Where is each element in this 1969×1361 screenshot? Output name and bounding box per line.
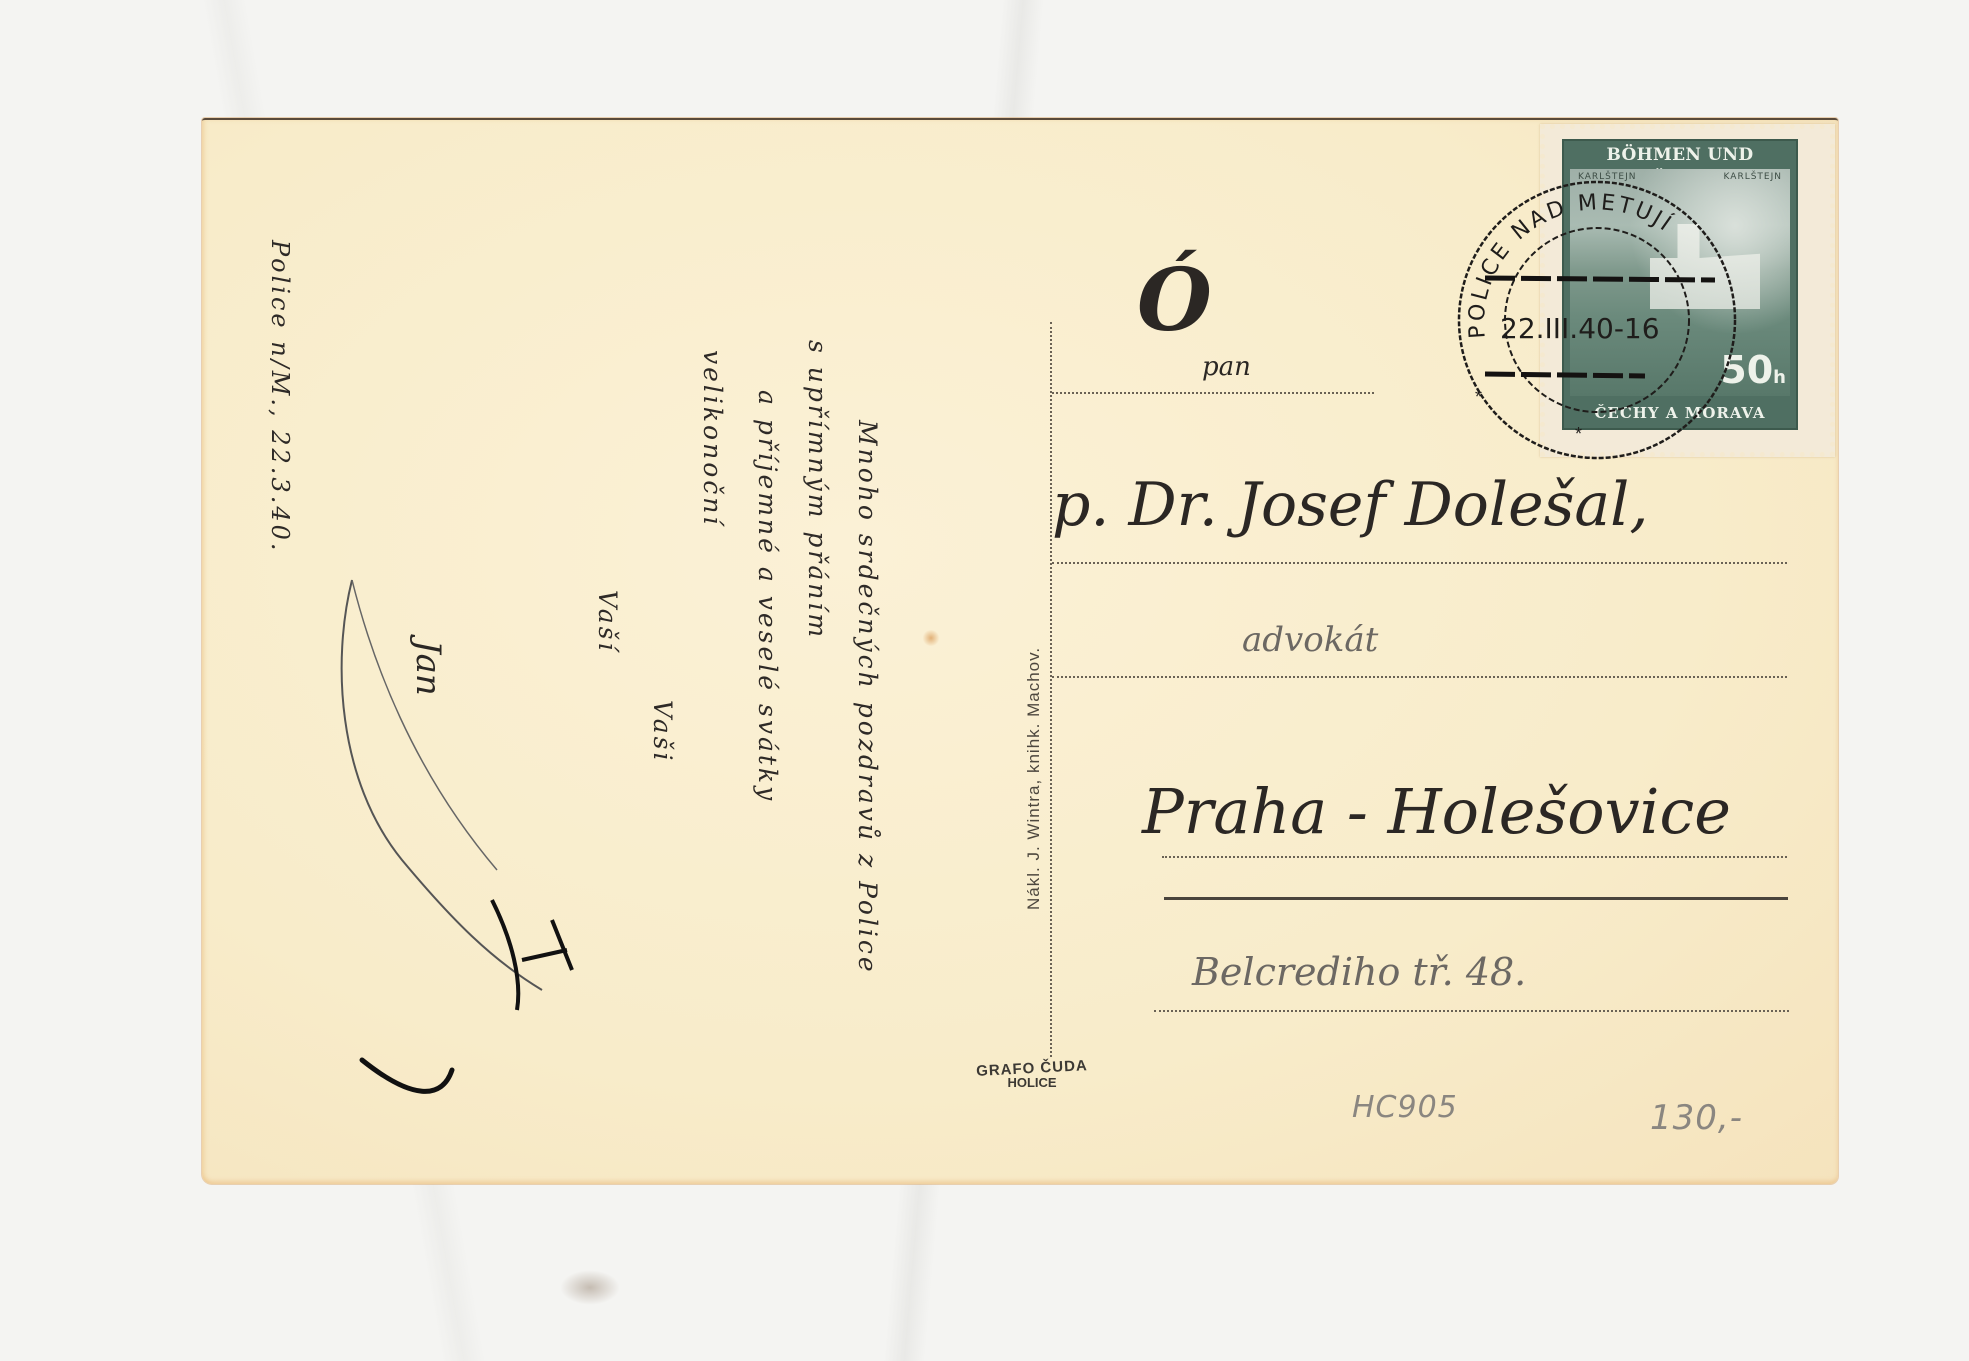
- address-name: p. Dr. Josef Dolešal,: [1052, 470, 1648, 540]
- message-line-4: velikonoční: [698, 350, 727, 527]
- address-rule-4: [1162, 856, 1787, 858]
- address-rule-1: [1052, 392, 1374, 394]
- pencil-price: 130,-: [1650, 1098, 1743, 1138]
- message-line-5: Vaši: [648, 700, 677, 764]
- address-rule-2: [1052, 562, 1787, 564]
- address-street: Belcrediho tř. 48.: [1192, 950, 1526, 994]
- message-date-line: Police n/M., 22.3.40.: [266, 240, 294, 554]
- pencil-catalog-code: HC905: [1352, 1090, 1458, 1125]
- message-line-3: a příjemné a veselé svátky: [753, 390, 782, 803]
- address-rule-5: [1154, 1010, 1789, 1012]
- address-title: advokát: [1242, 620, 1378, 660]
- stamp-value-unit: h: [1773, 367, 1786, 388]
- message-line-1: Mnoho srdečných pozdravů z Police: [853, 420, 882, 975]
- center-divider: [1050, 322, 1052, 1057]
- printer-mark: GRAFO ČUDA HOLICE: [967, 1062, 1097, 1090]
- address-rule-3: [1052, 676, 1787, 678]
- stamp-country-top: BÖHMEN UND MÄHREN: [1564, 143, 1796, 167]
- address-salutation: Ó: [1137, 250, 1212, 351]
- postmark-date: 22.III.40-16: [1500, 312, 1660, 345]
- address-rule-emphasis: [1164, 897, 1788, 900]
- message-line-2: s upřímným přáním: [803, 340, 832, 640]
- signature-flourish: [322, 540, 652, 1140]
- address-salutation-suffix: pan: [1202, 352, 1251, 382]
- postmark-cancellation: POLICE NAD METUJÍ 22.III.40-16 * *: [1455, 178, 1739, 462]
- publisher-line: Nákl. J. Wintra, knihk. Machov.: [1024, 647, 1044, 910]
- postmark-star-bottom: *: [1575, 424, 1582, 444]
- background-smudge: [560, 1270, 620, 1305]
- postcard: Police n/M., 22.3.40. Mnoho srdečných po…: [202, 118, 1838, 1184]
- postmark-star-left: *: [1475, 387, 1482, 407]
- address-city: Praha - Holešovice: [1142, 775, 1731, 848]
- signature: Jan: [408, 640, 448, 696]
- foxing-stain: [922, 630, 940, 646]
